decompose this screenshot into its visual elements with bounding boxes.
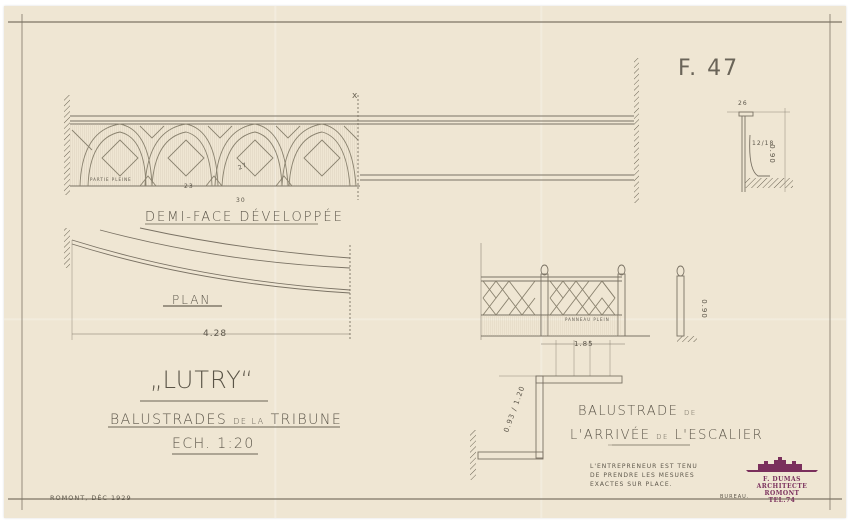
- plan-dimension: 4.28: [203, 329, 227, 339]
- stair-elevation-note: PANNEAU PLEIN: [565, 317, 610, 322]
- stair-title-a: L'ARRIVÉE: [570, 428, 650, 443]
- stair-elevation: [481, 243, 697, 344]
- svg-text:x: x: [352, 91, 358, 101]
- architect-stamp: F. DUMAS ARCHITECTE ROMONT TEL.74: [740, 456, 824, 512]
- stair-title-word: BALUSTRADE: [578, 404, 678, 419]
- stair-title-b: L'ESCALIER: [675, 428, 764, 443]
- scale-label: ECH. 1:20: [172, 436, 255, 452]
- subtitle-de: DE LA: [233, 417, 264, 426]
- section-detail: [727, 108, 793, 192]
- project-title: „LUTRY“: [150, 366, 254, 394]
- stamp-town: ROMONT: [740, 490, 824, 497]
- stair-title-line1: BALUSTRADE DE: [578, 404, 697, 419]
- stamp-phone: TEL.74: [740, 497, 824, 504]
- section-width-dim: 26: [738, 100, 748, 107]
- note-line: EXACTES SUR PLACE.: [590, 480, 698, 489]
- plan-label: PLAN: [172, 293, 211, 307]
- stamp-building-icon: [740, 456, 824, 472]
- stamp-name: F. DUMAS: [740, 476, 824, 483]
- subtitle-main: BALUSTRADES: [110, 412, 227, 428]
- elevation-label: DEMI-FACE DÉVELOPPÉE: [145, 210, 344, 225]
- section-height-dim: 0.90: [768, 144, 776, 164]
- sheet-number: F. 47: [678, 56, 739, 81]
- stair-width-dim: 1.85: [574, 340, 594, 348]
- drawing-subtitle: BALUSTRADES DE LA TRIBUNE: [110, 412, 342, 428]
- stair-title-de2: DE: [656, 433, 669, 441]
- dim-label: 23: [184, 183, 194, 190]
- subtitle-end: TRIBUNE: [271, 412, 343, 428]
- note-line: DE PRENDRE LES MESURES: [590, 471, 698, 480]
- stair-height-dim: 0.90: [700, 299, 708, 319]
- plan-balustrade: [64, 228, 350, 340]
- stamp-profession: ARCHITECTE: [740, 483, 824, 490]
- date-place: ROMONT, DÉC 1929: [50, 494, 132, 502]
- note-line: L'ENTREPRENEUR EST TENU: [590, 462, 698, 471]
- stair-title-de: DE: [684, 409, 697, 417]
- elevation-balustrade: x: [64, 58, 639, 224]
- dim-label: 30: [236, 197, 246, 204]
- contractor-note: L'ENTREPRENEUR EST TENU DE PRENDRE LES M…: [590, 462, 698, 489]
- stair-title-line2: L'ARRIVÉE DE L'ESCALIER: [570, 428, 763, 443]
- elevation-note: PARTIE PLEINE: [90, 177, 132, 182]
